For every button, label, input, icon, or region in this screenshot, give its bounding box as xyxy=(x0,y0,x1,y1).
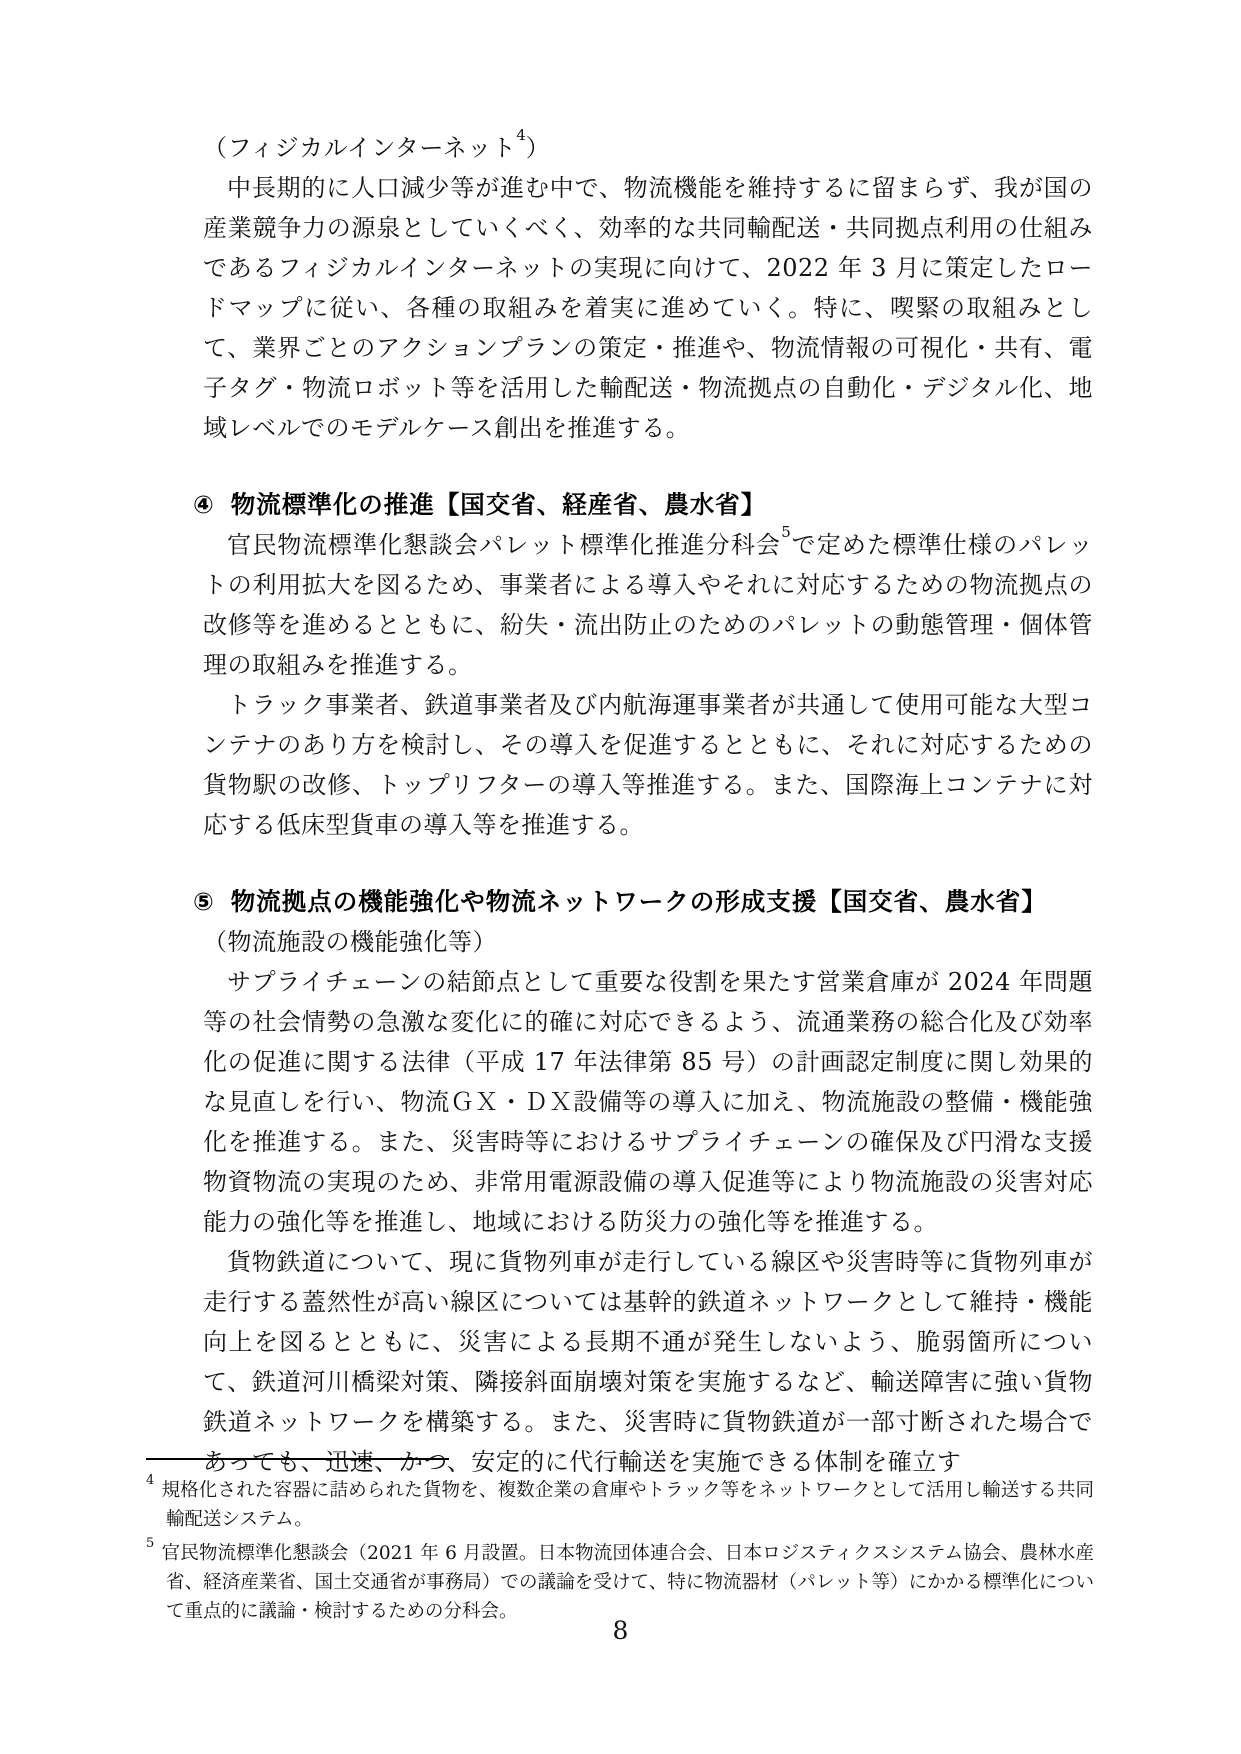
intro-sublabel-open: （フィジカルインターネット xyxy=(203,134,516,162)
footnote-ref-4: 4 xyxy=(516,126,526,144)
section-4-number: ④ xyxy=(193,490,215,519)
footnote-5-marker: 5 xyxy=(146,1536,154,1551)
section-4-paragraph-1: 官民物流標準化懇談会パレット標準化推進分科会5で定めた標準仕様のパレットの利用拡… xyxy=(203,525,1093,685)
footnotes-area: 4規格化された容器に詰められた貨物を、複数企業の倉庫やトラック等をネットワークと… xyxy=(146,1458,1094,1626)
intro-sublabel-close: ） xyxy=(526,134,551,162)
section-5-sublabel: （物流施設の機能強化等） xyxy=(203,922,1093,962)
page-body-text: （フィジカルインターネット4） 中長期的に人口減少等が進む中で、物流機能を維持す… xyxy=(203,128,1093,1482)
footnote-4-text: 規格化された容器に詰められた貨物を、複数企業の倉庫やトラック等をネットワークとし… xyxy=(161,1480,1094,1530)
footnote-4: 4規格化された容器に詰められた貨物を、複数企業の倉庫やトラック等をネットワークと… xyxy=(146,1471,1094,1534)
section-5-paragraph-2: 貨物鉄道について、現に貨物列車が走行している線区や災害時等に貨物列車が走行する蓋… xyxy=(203,1242,1093,1482)
section-4-paragraph-2: トラック事業者、鉄道事業者及び内航海運事業者が共通して使用可能な大型コンテナのあ… xyxy=(203,685,1093,845)
footnote-4-marker: 4 xyxy=(146,1473,154,1488)
section-4-title: 物流標準化の推進【国交省、経産省、農水省】 xyxy=(231,490,767,519)
document-page: （フィジカルインターネット4） 中長期的に人口減少等が進む中で、物流機能を維持す… xyxy=(0,0,1241,1754)
section-4-heading: ④物流標準化の推進【国交省、経産省、農水省】 xyxy=(193,485,1093,525)
footnote-5-text: 官民物流標準化懇談会（2021 年 6 月設置。日本物流団体連合会、日本ロジステ… xyxy=(161,1543,1094,1622)
section-5-paragraph-1: サプライチェーンの結節点として重要な役割を果たす営業倉庫が 2024 年問題等の… xyxy=(203,962,1093,1242)
section-5-title: 物流拠点の機能強化や物流ネットワークの形成支援【国交省、農水省】 xyxy=(231,887,1047,916)
section-5-heading: ⑤物流拠点の機能強化や物流ネットワークの形成支援【国交省、農水省】 xyxy=(193,882,1093,922)
footnote-5: 5官民物流標準化懇談会（2021 年 6 月設置。日本物流団体連合会、日本ロジス… xyxy=(146,1534,1094,1626)
section-5-number: ⑤ xyxy=(193,887,215,916)
intro-sublabel: （フィジカルインターネット4） xyxy=(203,128,1093,168)
intro-paragraph: 中長期的に人口減少等が進む中で、物流機能を維持するに留まらず、我が国の産業競争力… xyxy=(203,168,1093,448)
page-number: 8 xyxy=(0,1616,1241,1645)
section-4-paragraph-1-pre: 官民物流標準化懇談会パレット標準化推進分科会 xyxy=(227,531,781,559)
footnote-ref-5: 5 xyxy=(781,523,791,541)
footnote-divider xyxy=(146,1458,449,1460)
